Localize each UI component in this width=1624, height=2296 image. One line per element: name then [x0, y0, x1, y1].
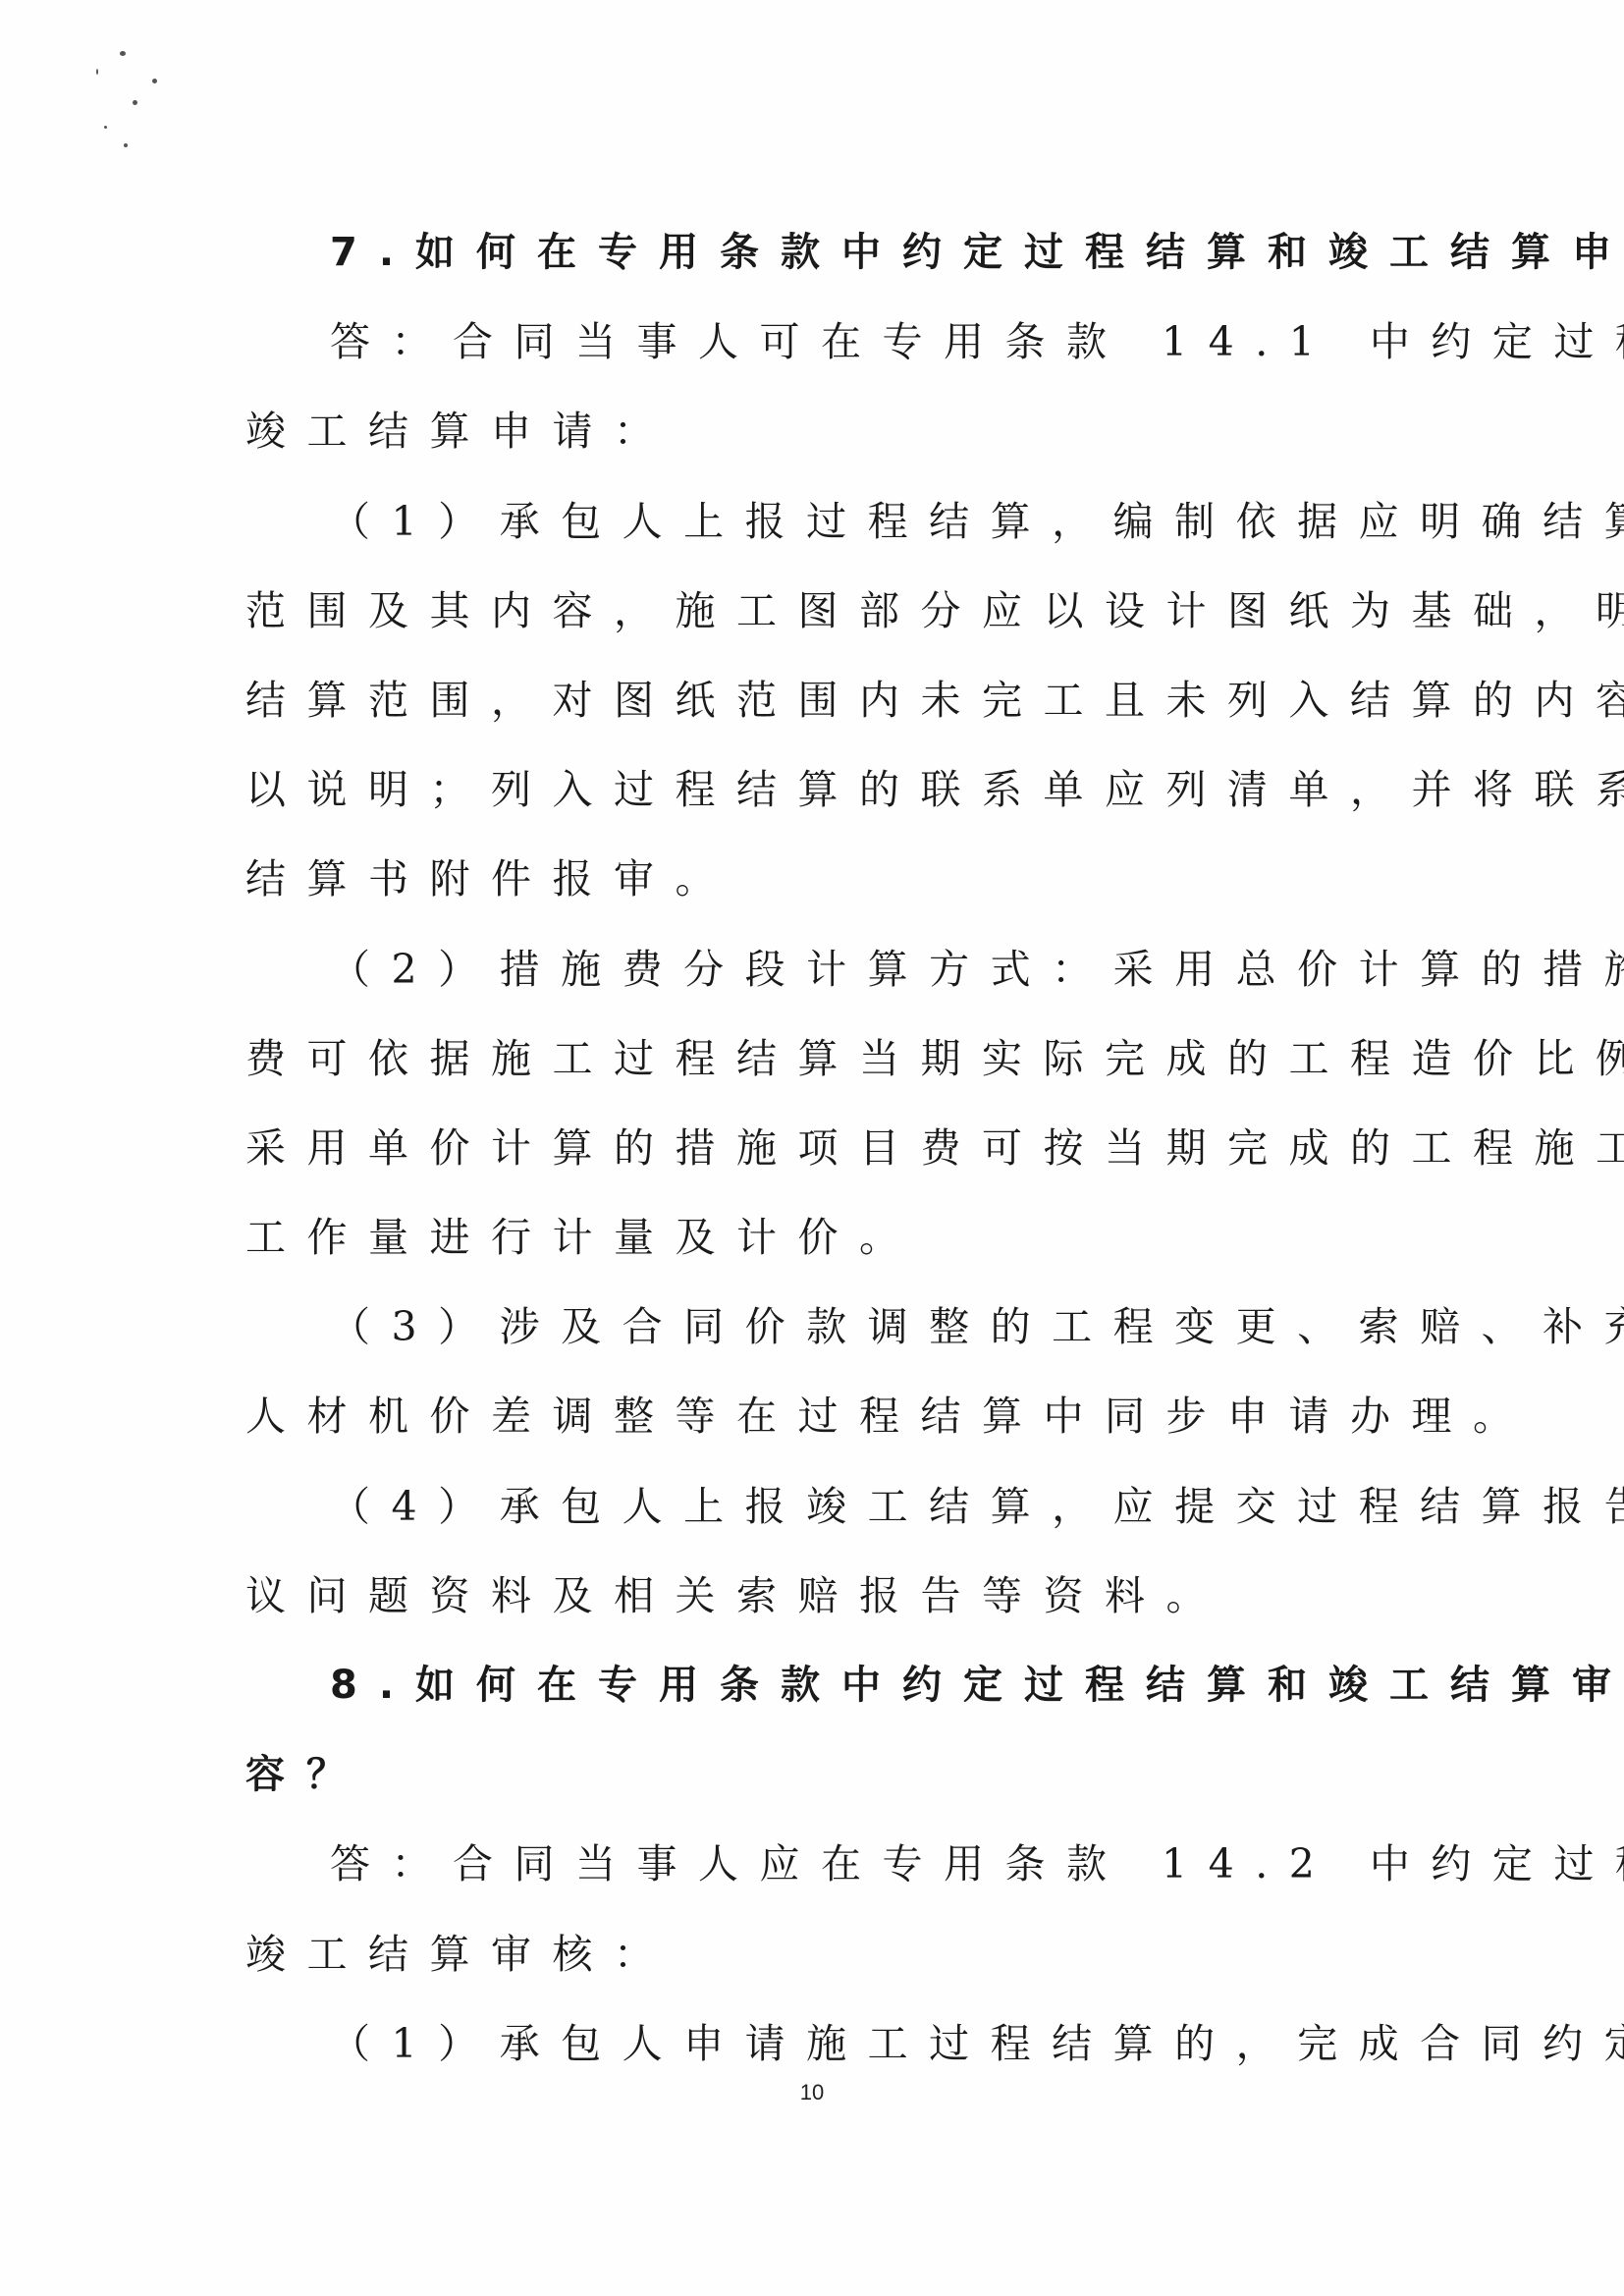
item-4-line: 议问题资料及相关索赔报告等资料。 — [245, 1552, 1375, 1641]
item-1-line: 范围及其内容，施工图部分应以设计图纸为基础，明确图纸 — [245, 567, 1375, 656]
item-4-line: （4）承包人上报竣工结算，应提交过程结算报告、争 — [245, 1462, 1375, 1552]
document-body: 7.如何在专用条款中约定过程结算和竣工结算申请？ 答：合同当事人可在专用条款 1… — [245, 208, 1375, 2089]
item-1-line: （1）承包人申请施工过程结算的，完成合同约定节点 — [245, 1999, 1375, 2089]
item-2-line: 采用单价计算的措施项目费可按当期完成的工程施工措施 — [245, 1104, 1375, 1193]
item-2-line: 费可依据施工过程结算当期实际完成的工程造价比例计算， — [245, 1014, 1375, 1104]
answer-intro-line: 答：合同当事人应在专用条款 14.2 中约定过程结算和 — [245, 1820, 1375, 1909]
item-1-line: （1）承包人上报过程结算，编制依据应明确结算编制 — [245, 477, 1375, 567]
item-2-line: 工作量进行计量及计价。 — [245, 1193, 1375, 1283]
question-heading-8-cont: 容？ — [245, 1730, 1375, 1820]
item-3-line: 人材机价差调整等在过程结算中同步申请办理。 — [245, 1372, 1375, 1461]
item-1-line: 结算范围，对图纸范围内未完工且未列入结算的内容，应予 — [245, 656, 1375, 745]
item-3-line: （3）涉及合同价款调整的工程变更、索赔、补充协议、 — [245, 1283, 1375, 1372]
answer-intro-line: 竣工结算申请： — [245, 387, 1375, 476]
item-2-line: （2）措施费分段计算方式：采用总价计算的措施项目 — [245, 925, 1375, 1014]
item-1-line: 以说明；列入过程结算的联系单应列清单，并将联系单作为 — [245, 745, 1375, 835]
scan-artifact-specks — [88, 39, 206, 157]
item-1-line: 结算书附件报审。 — [245, 835, 1375, 924]
answer-intro-line: 答：合同当事人可在专用条款 14.1 中约定过程结算和 — [245, 298, 1375, 387]
question-heading-8: 8.如何在专用条款中约定过程结算和竣工结算审核内 — [245, 1641, 1375, 1730]
document-page: 7.如何在专用条款中约定过程结算和竣工结算申请？ 答：合同当事人可在专用条款 1… — [0, 0, 1624, 2296]
question-heading-7: 7.如何在专用条款中约定过程结算和竣工结算申请？ — [245, 208, 1375, 298]
answer-intro-line: 竣工结算审核： — [245, 1910, 1375, 1999]
page-number: 10 — [0, 2080, 1624, 2105]
